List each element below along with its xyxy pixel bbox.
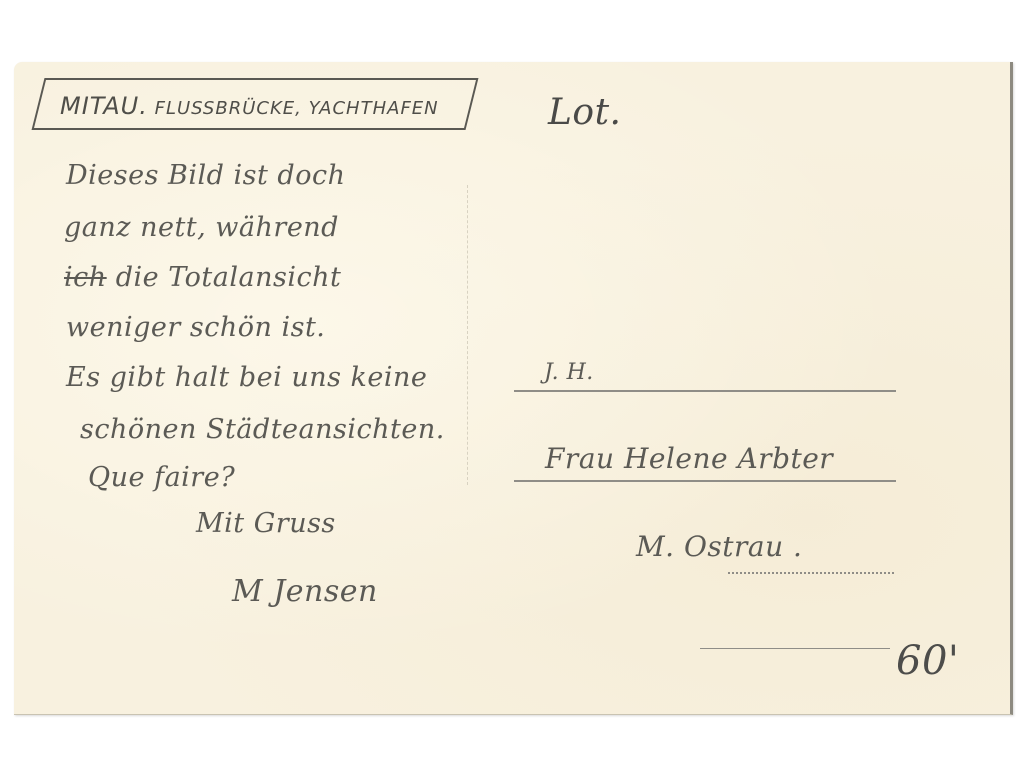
address-line-1: J. H.: [544, 360, 594, 385]
closing: Mit Gruss: [196, 508, 336, 539]
message-line-1: Dieses Bild ist doch: [66, 160, 346, 191]
message-line-4: weniger schön ist.: [66, 312, 325, 343]
signature: M Jensen: [232, 574, 378, 609]
price-mark: 60': [896, 638, 959, 684]
lot-mark: Lot.: [548, 92, 622, 133]
caption-place: MITAU.: [60, 92, 148, 120]
message-line-3-text: die Totalansicht: [116, 262, 342, 293]
message-line-6: schönen Städteansichten.: [80, 414, 445, 445]
message-line-7: Que faire?: [88, 462, 235, 493]
message-line-3: ich die Totalansicht: [64, 262, 341, 293]
message-line-5: Es gibt halt bei uns keine: [66, 362, 427, 393]
address-rule-1: [514, 390, 896, 392]
struck-word: ich: [64, 262, 107, 293]
address-line-3: M. Ostrau .: [636, 530, 802, 563]
address-rule-4: [700, 648, 890, 649]
caption-label: MITAU. FLUSSBRÜCKE, YACHTHAFEN: [60, 92, 439, 120]
caption-subject: FLUSSBRÜCKE, YACHTHAFEN: [155, 98, 439, 119]
address-rule-2: [514, 480, 896, 482]
center-divider: [467, 185, 468, 485]
message-line-2: ganz nett, während: [64, 212, 339, 243]
address-rule-3: [728, 572, 894, 574]
address-line-2: Frau Helene Arbter: [545, 442, 833, 475]
